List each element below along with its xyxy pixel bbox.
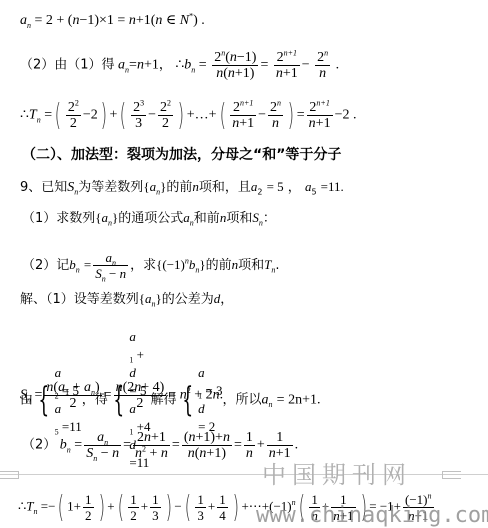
problem-9-part2: （2）记bn =anSn − n，求{(−1)nbn}的前n项和Tn. [22, 250, 280, 281]
part2-label: （2）由（1）得 [20, 58, 115, 73]
equation-an-general: an = 2 + (n−1)×1 = n+1(n ∈ N*) . [20, 14, 205, 28]
left-margin-mark [0, 471, 19, 479]
problem-number: 9、 [20, 180, 41, 195]
equation-bn-derivation: （2）由（1）得 an=n+1， ∴bn = 2n(n−1)n(n+1)= 2n… [20, 50, 339, 81]
watermark-url: www.chinaqking.com [256, 503, 488, 528]
problem-9-stem: 9、已知Sn为等差数列{an}的前n项和，且a2 = 5 ， a5 =11. [20, 180, 344, 195]
section-heading: （二）、加法型：裂项为加法，分母之“和”等于分子 [22, 148, 341, 162]
problem-9-part1: （1）求数列{an}的通项公式an和前n项和Sn： [22, 211, 276, 225]
equation-bn-split: （2） bn =anSn − n=2n+1n2 + n=(n+1)+nn(n+1… [22, 430, 298, 461]
solution-intro: 解、（1）设等差数列{an}的公差为d， [20, 292, 233, 306]
equation-tn-sum: ∴Tn =(222−2)+(233−222)+…+(2n+1n+1−2nn)=2… [20, 100, 356, 131]
right-margin-mark [442, 471, 461, 479]
watermark-cn: 中国期刊网 [262, 455, 412, 490]
equation-sn: Sn =n(a1 + an)2=n(2n+ 4)2= n2 + 2n. [20, 380, 223, 411]
therefore-symbol: ∴ [175, 58, 184, 73]
page-divider [0, 474, 488, 475]
